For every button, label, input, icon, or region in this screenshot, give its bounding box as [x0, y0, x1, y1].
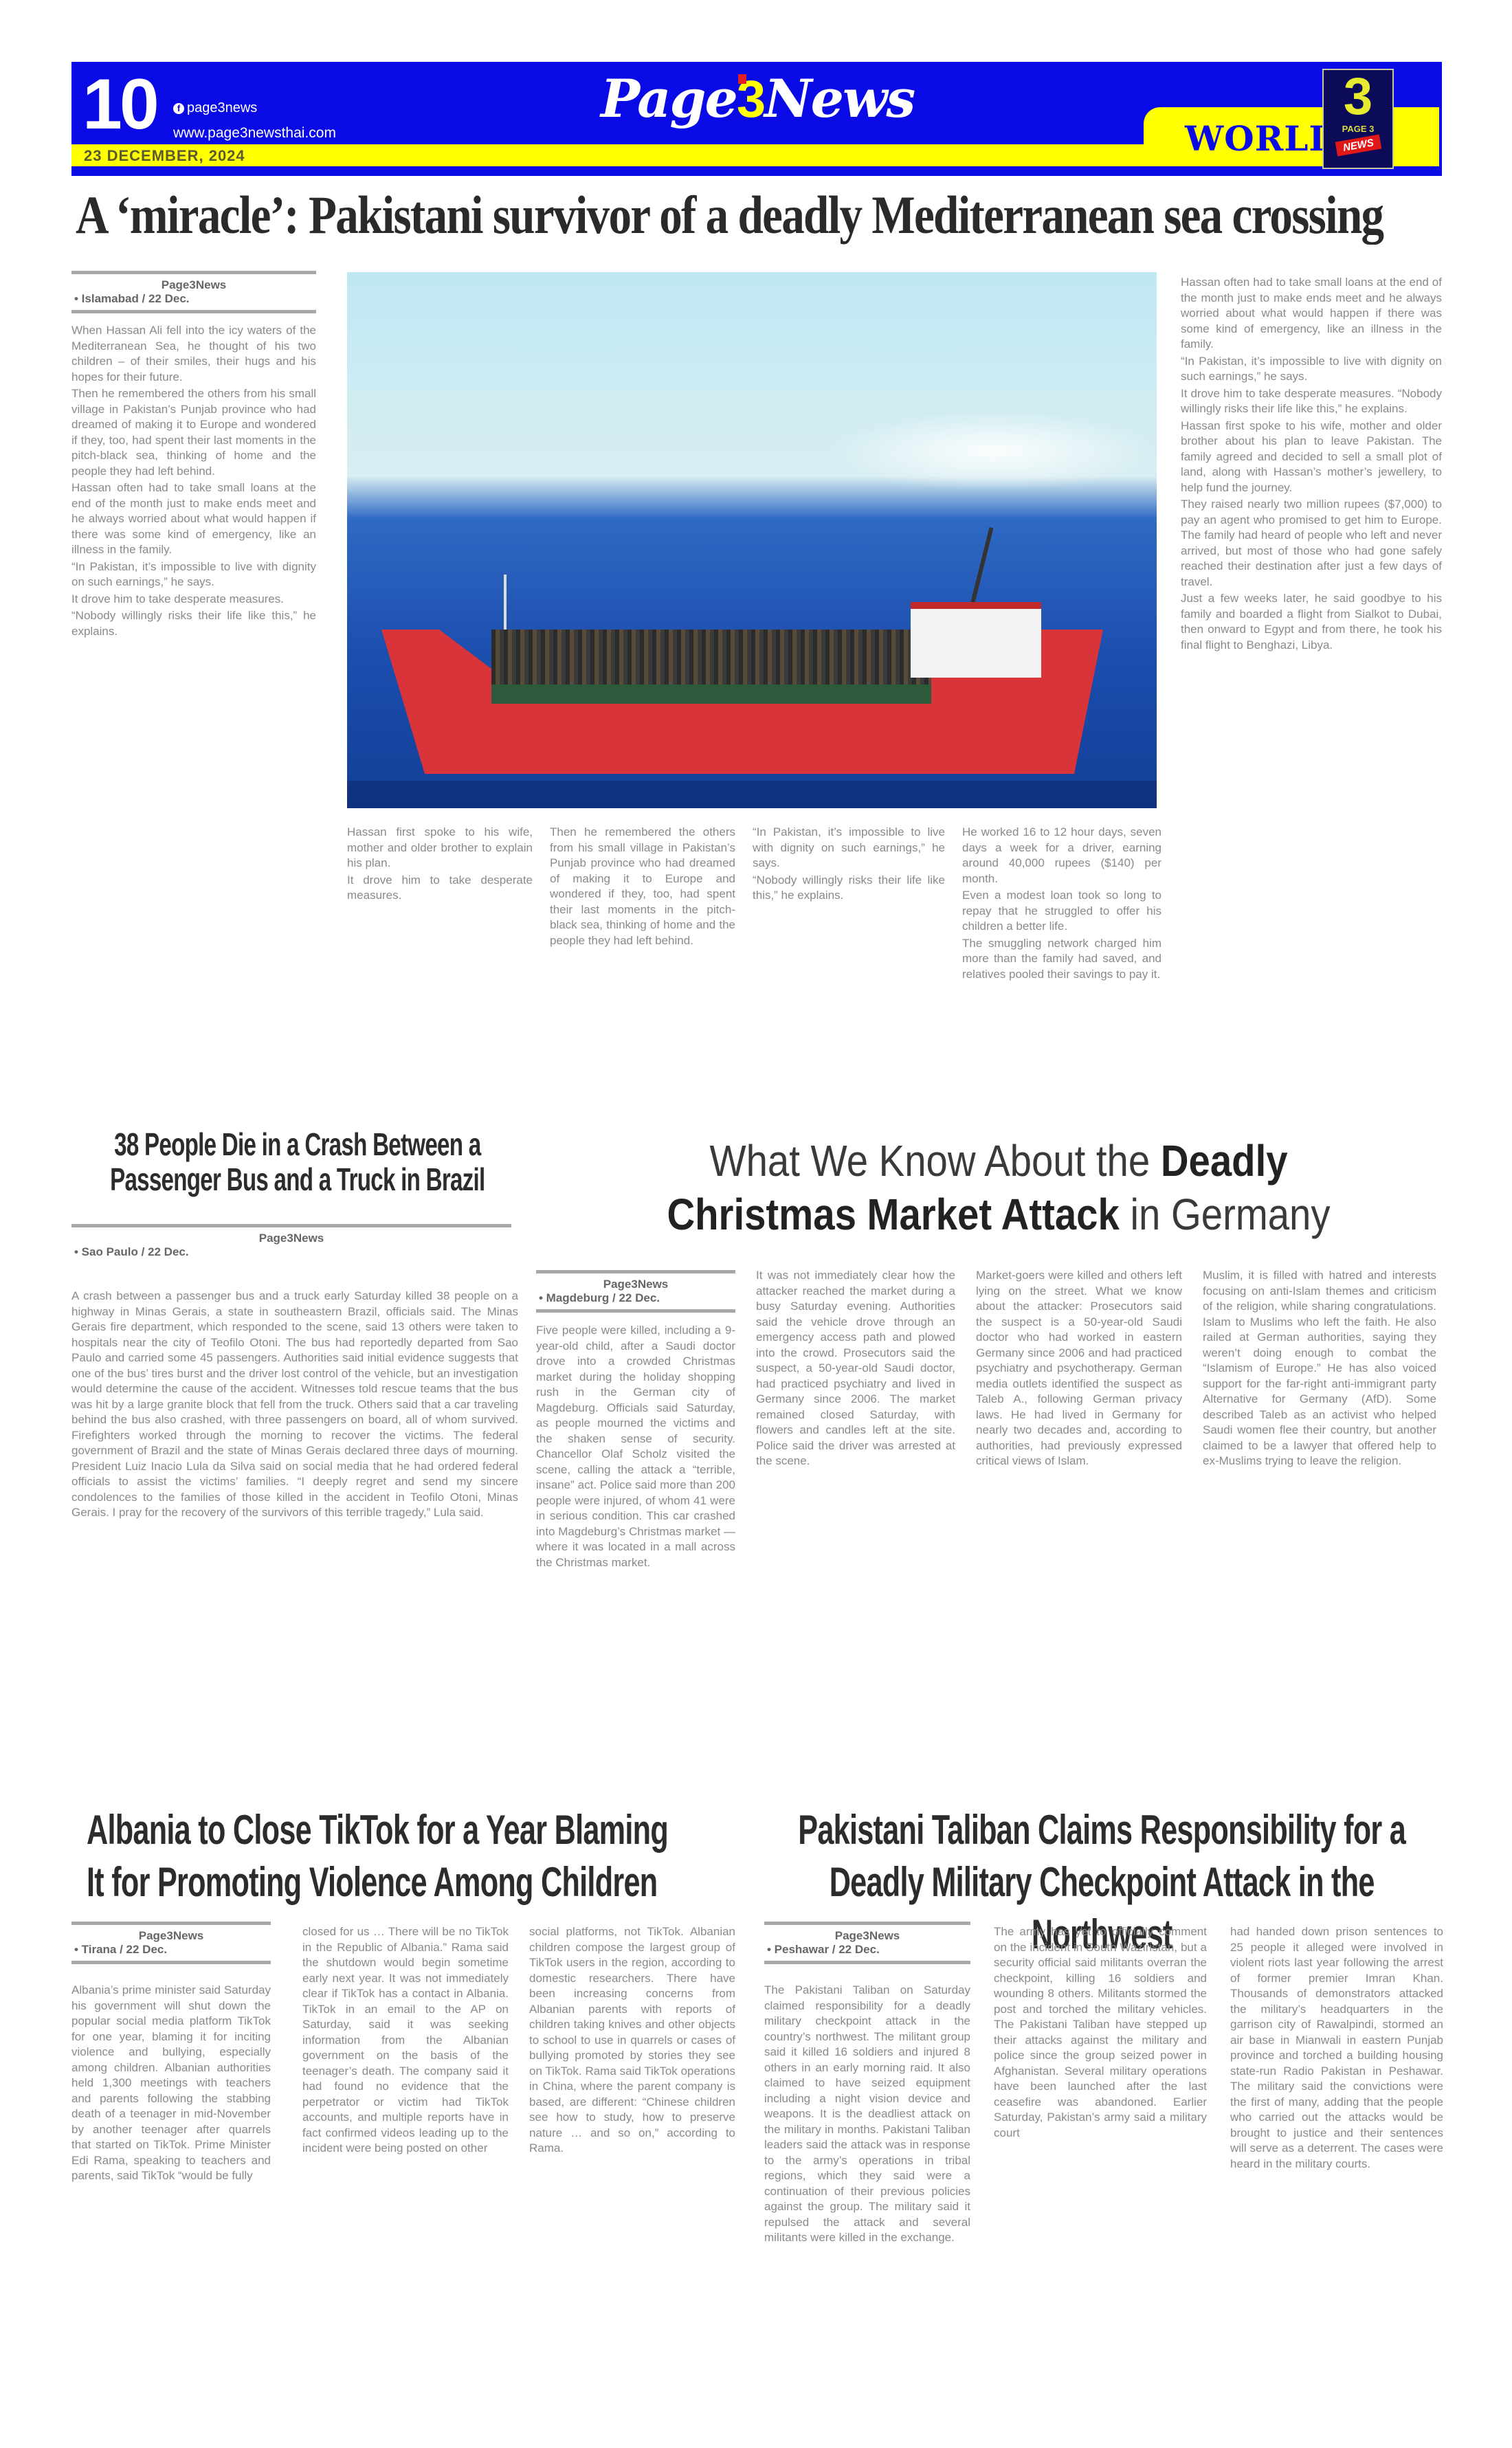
- paragraph: They raised nearly two million rupees ($…: [1181, 497, 1442, 590]
- paragraph: It was not immediately clear how the att…: [756, 1268, 955, 1469]
- byline-dateline: • Sao Paulo / 22 Dec.: [71, 1245, 511, 1259]
- paragraph: Market-goers were killed and others left…: [976, 1268, 1182, 1469]
- photo-passengers: [491, 630, 931, 691]
- byline-rule: [536, 1270, 735, 1273]
- brand-logo: Page3News: [601, 73, 914, 126]
- article-headline: Albania to Close TikTok for a Year Blami…: [87, 1804, 730, 1909]
- byline: Page3News • Islamabad / 22 Dec.: [71, 267, 316, 318]
- issue-date: 23 DECEMBER, 2024: [84, 147, 245, 165]
- logo-line2: NEWS: [1335, 135, 1381, 157]
- masthead: 10 fpage3news www.page3newsthai.com 23 D…: [71, 62, 1442, 176]
- paragraph: had handed down prison sentences to 25 p…: [1230, 1924, 1443, 2172]
- website-link[interactable]: www.page3newsthai.com: [173, 125, 336, 142]
- byline-source: Page3News: [71, 1929, 271, 1943]
- article-column: social platforms, not TikTok. Albanian c…: [529, 1924, 735, 2423]
- paragraph: Hassan often had to take small loans at …: [71, 480, 316, 558]
- logo-number: 3: [1324, 70, 1392, 124]
- headline-part: in Germany: [1130, 1190, 1330, 1239]
- brand-right: News: [764, 68, 914, 129]
- article-column: “In Pakistan, it’s impossible to live wi…: [753, 825, 945, 1113]
- article-column: had handed down prison sentences to 25 p…: [1230, 1924, 1443, 2423]
- article-column: Muslim, it is filled with hatred and int…: [1203, 1268, 1436, 1770]
- paragraph: Five people were killed, including a 9-y…: [536, 1323, 735, 1570]
- article-headline: What We Know About the Deadly Christmas …: [608, 1134, 1388, 1241]
- photo-cabin: [911, 602, 1041, 678]
- logo-line1: PAGE 3: [1324, 124, 1392, 134]
- article-column: When Hassan Ali fell into the icy waters…: [71, 323, 316, 1113]
- paragraph: Hassan first spoke to his wife, mother a…: [347, 825, 533, 871]
- paragraph: Muslim, it is filled with hatred and int…: [1203, 1268, 1436, 1469]
- facebook-icon: f: [173, 103, 184, 114]
- paragraph: The smuggling network charged him more t…: [962, 936, 1161, 983]
- paragraph: “In Pakistan, it’s impossible to live wi…: [753, 825, 945, 871]
- paragraph: Hassan first spoke to his wife, mother a…: [1181, 419, 1442, 496]
- byline-rule: [764, 1922, 970, 1925]
- article-column: Market-goers were killed and others left…: [976, 1268, 1182, 1770]
- byline-dateline: • Tirana / 22 Dec.: [71, 1943, 271, 1957]
- paragraph: Albania’s prime minister said Saturday h…: [71, 1983, 271, 2184]
- brand-number: 3: [737, 70, 764, 129]
- paragraph: closed for us … There will be no TikTok …: [302, 1924, 509, 2157]
- byline: Page3News • Peshawar / 22 Dec.: [764, 1917, 970, 1968]
- byline-dateline: • Magdeburg / 22 Dec.: [536, 1291, 735, 1305]
- byline-source: Page3News: [764, 1929, 970, 1943]
- paragraph: Even a modest loan took so long to repay…: [962, 888, 1161, 935]
- byline-rule: [71, 1224, 511, 1227]
- article-column: He worked 16 to 12 hour days, seven days…: [962, 825, 1161, 1113]
- article-column: Albania’s prime minister said Saturday h…: [71, 1983, 271, 2423]
- paragraph: He worked 16 to 12 hour days, seven days…: [962, 825, 1161, 887]
- article-headline: A ‘miracle’: Pakistani survivor of a dea…: [76, 184, 1252, 246]
- byline-source: Page3News: [71, 278, 316, 292]
- photo-mast: [504, 575, 507, 636]
- byline-rule: [536, 1309, 735, 1313]
- paragraph: A crash between a passenger bus and a tr…: [71, 1289, 518, 1521]
- paragraph: Then he remembered the others from his s…: [550, 825, 735, 948]
- page-number: 10: [82, 69, 157, 140]
- paragraph: “In Pakistan, it’s impossible to live wi…: [1181, 354, 1442, 385]
- paragraph: It drove him to take desperate measures.…: [1181, 386, 1442, 417]
- brand-left: Page: [601, 68, 737, 129]
- masthead-bottom-strip: [71, 166, 1442, 176]
- byline-rule: [71, 1922, 271, 1925]
- byline-rule: [71, 271, 316, 274]
- paragraph: It drove him to take desperate measures.: [71, 592, 316, 608]
- paragraph: Hassan often had to take small loans at …: [1181, 275, 1442, 353]
- byline-source: Page3News: [71, 1232, 511, 1245]
- byline-rule: [71, 310, 316, 313]
- headline-part: What We Know About the: [709, 1136, 1150, 1186]
- headline-line: Pakistani Taliban Claims Responsibility …: [798, 1807, 1405, 1853]
- photo-mast: [970, 527, 994, 608]
- social-handle[interactable]: fpage3news: [173, 100, 257, 116]
- migrant-boat-photo: [347, 272, 1157, 808]
- photo-clouds: [828, 410, 1157, 492]
- headline-line: It for Promoting Violence Among Children: [87, 1859, 657, 1905]
- paragraph: When Hassan Ali fell into the icy waters…: [71, 323, 316, 385]
- article-column: Five people were killed, including a 9-y…: [536, 1323, 735, 1770]
- section-label: WORLD: [1185, 118, 1339, 159]
- byline-rule: [71, 1961, 271, 1964]
- article-column: closed for us … There will be no TikTok …: [302, 1924, 509, 2423]
- paragraph: social platforms, not TikTok. Albanian c…: [529, 1924, 735, 2157]
- article-column: Hassan often had to take small loans at …: [1181, 275, 1442, 1113]
- social-handle-text: page3news: [187, 100, 257, 115]
- page3-logo-icon: 3 PAGE 3 NEWS: [1322, 69, 1394, 169]
- byline-rule: [764, 1961, 970, 1964]
- byline: Page3News • Sao Paulo / 22 Dec.: [71, 1220, 511, 1259]
- headline-line: Albania to Close TikTok for a Year Blami…: [87, 1807, 668, 1853]
- article-column: The Pakistani Taliban on Saturday claime…: [764, 1983, 970, 2423]
- article-headline: 38 People Die in a Crash Between a Passe…: [80, 1127, 515, 1197]
- byline-dateline: • Peshawar / 22 Dec.: [764, 1943, 970, 1957]
- paragraph: It drove him to take desperate measures.: [347, 873, 533, 904]
- paragraph: Then he remembered the others from his s…: [71, 386, 316, 479]
- paragraph: The Pakistani Taliban on Saturday claime…: [764, 1983, 970, 2246]
- article-column: Hassan first spoke to his wife, mother a…: [347, 825, 533, 1113]
- article-column: A crash between a passenger bus and a tr…: [71, 1289, 518, 1770]
- paragraph: “In Pakistan, it’s impossible to live wi…: [71, 559, 316, 590]
- paragraph: Just a few weeks later, he said goodbye …: [1181, 591, 1442, 653]
- byline-source: Page3News: [536, 1278, 735, 1291]
- byline: Page3News • Magdeburg / 22 Dec.: [536, 1266, 735, 1317]
- article-column: It was not immediately clear how the att…: [756, 1268, 955, 1770]
- paragraph: “Nobody willingly risks their life like …: [71, 608, 316, 639]
- headline-part: Christmas Market Attack: [667, 1190, 1119, 1239]
- headline-part: Deadly: [1161, 1136, 1288, 1186]
- byline-dateline: • Islamabad / 22 Dec.: [71, 292, 316, 306]
- paragraph: The army has yet to officially comment o…: [994, 1924, 1207, 2141]
- photo-sea: [347, 781, 1157, 808]
- byline: Page3News • Tirana / 22 Dec.: [71, 1917, 271, 1968]
- article-column: The army has yet to officially comment o…: [994, 1924, 1207, 2423]
- article-column: Then he remembered the others from his s…: [550, 825, 735, 1113]
- paragraph: “Nobody willingly risks their life like …: [753, 873, 945, 904]
- photo-deck-rail: [491, 685, 931, 704]
